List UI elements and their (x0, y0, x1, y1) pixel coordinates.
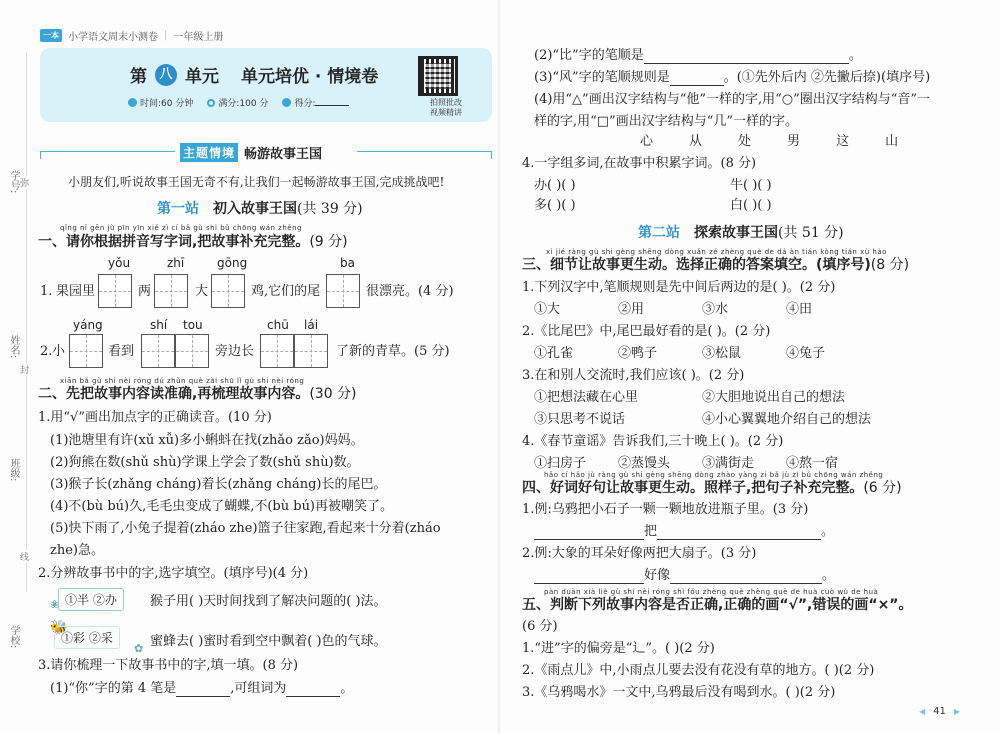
option[interactable]: ②蒸馒头 (618, 456, 702, 472)
option[interactable]: ③只思考不说话 (534, 412, 702, 428)
option[interactable]: ③满街走 (702, 456, 786, 472)
q5-item-3[interactable]: 3.《乌鸦喝水》一文中,乌鸦最后没有喝到水。( )(2 分) (522, 685, 835, 701)
char[interactable]: 山 (885, 134, 898, 149)
q2-sub3-item-2: (2)“比”字的笔顺是。 (534, 48, 862, 64)
option[interactable]: ①把想法藏在心里 (534, 390, 702, 406)
q3-item-3-options-a: ①把想法藏在心里②大胆地说出自己的想法 (534, 390, 845, 406)
station2-points: (共 51 分) (778, 225, 844, 241)
writing-box[interactable] (154, 274, 188, 308)
item2-text-a: (2)“比”字的笔顺是 (534, 48, 644, 63)
q3-item-4-options: ①扫房子②蒸馒头③满街走④熬一宿 (534, 456, 838, 472)
answer-blank[interactable] (286, 685, 340, 697)
q1-s1-num: 1. (40, 284, 52, 300)
flower-icon: ✿ (134, 642, 143, 655)
writing-box[interactable] (211, 274, 245, 308)
station2-heading: 第二站 探索故事王国(共 51 分) (638, 222, 844, 242)
q4-pinyin: hǎo cí hǎo jù ràng gù shi gèng shēng dòn… (544, 471, 883, 479)
writing-box[interactable] (98, 274, 132, 308)
theme-title: 畅游故事王国 (244, 143, 322, 162)
writing-box[interactable] (69, 334, 103, 368)
q2-sub2-sentence-2[interactable]: 蜜蜂去( )蜜时看到空中飘着( )色的气球。 (150, 634, 387, 650)
char-list: 心从处男这山 (640, 134, 898, 150)
q1-title: 一、请你根据拼音写字词,把故事补充完整。(9 分) (38, 234, 348, 250)
q4-points: (6 分) (863, 480, 901, 496)
option[interactable]: ②鸭子 (618, 346, 702, 362)
q2-sub3-item-4-line2: 样的字,用“□”画出汉字结构与“几”一样的字。 (534, 114, 798, 130)
grade-label: 一年级上册 (173, 28, 223, 43)
writing-box[interactable] (175, 334, 209, 368)
chevron-right-icon: ▶ (954, 707, 960, 716)
option[interactable]: ③松鼠 (702, 346, 786, 362)
q1-s1-text-0: 果园里 (56, 284, 95, 300)
student-id-label: 学号: (6, 170, 21, 193)
page-number-text: 41 (933, 706, 946, 717)
q1-s1-text-3: 鸡,它们的尾 (251, 284, 320, 300)
option[interactable]: ②用 (618, 302, 702, 318)
binding-line (26, 52, 27, 592)
char[interactable]: 这 (836, 134, 849, 149)
q2-sub3-item-4-line1: (4)用“△”画出汉字结构与“他”一样的字,用“○”圈出汉字结构与“音”一 (534, 92, 930, 108)
theme-line-left (40, 151, 175, 159)
exam-meta: 时间:60 分钟 满分:100 分 得分: (128, 96, 349, 109)
school-label: 学校: (6, 625, 21, 648)
option[interactable]: ①扫房子 (534, 456, 618, 472)
q2-sub1-item-4: (4)不(bù bú)久,毛毛虫变成了蝴蝶,不(bù bú)再被嘲笑了。 (50, 499, 393, 515)
q2-sub3-item-1: (1)“你”字的第 4 笔是,可组词为。 (50, 681, 353, 697)
station1-num: 第一站 (157, 198, 199, 218)
item3-text-b: 。(①先外后内 ②先撇后捺)(填序号) (724, 70, 930, 85)
word-row[interactable]: 多( )( ) (534, 198, 576, 214)
station1-heading: 第一站 初入故事王国(共 39 分) (157, 198, 363, 218)
pinyin-gong: gōng (217, 256, 247, 270)
answer-blank[interactable] (670, 572, 822, 584)
pinyin-ba: ba (340, 256, 355, 270)
q1-s2-text-0: 小 (52, 344, 65, 360)
station2-num: 第二站 (638, 222, 680, 242)
q1-s2-text-2: 旁边长 (215, 344, 254, 360)
q2-sub1-title: 1.用“√”画出加点字的正确读音。(10 分) (38, 410, 272, 426)
q2-sub1-item-5-cont: zhe)急。 (50, 543, 104, 559)
person-icon (207, 99, 215, 107)
target-icon (282, 98, 291, 107)
intro-text: 小朋友们,听说故事王国无奇不有,让我们一起畅游故事王国,完成挑战吧! (68, 174, 444, 190)
answer-mid: 把 (644, 524, 657, 539)
title-prefix: 第 (130, 62, 147, 87)
score-info: 得分: (282, 96, 349, 109)
q2-sub3-item-3: (3)“风”字的笔顺规则是。(①先外后内 ②先撇后捺)(填序号) (534, 70, 930, 86)
q1-pinyin: qǐng nǐ gēn jù pīn yīn xiě zì cí bǎ gù s… (60, 224, 302, 232)
q5-pinyin: pàn duàn xià liè gù shi nèi róng shì fǒu… (544, 588, 878, 596)
q1-s1-text-2: 大 (195, 284, 208, 300)
option[interactable]: ④兔子 (786, 346, 825, 361)
series-header: 一本 小学语文周末小测卷 | 一年级上册 (40, 28, 223, 43)
option[interactable]: ①大 (534, 302, 618, 318)
q1-points: (9 分) (309, 234, 347, 250)
clock-icon (128, 98, 137, 107)
qr-caption-line2: 视频精讲 (430, 108, 462, 118)
q2-sub4-title: 4.一字组多词,在故事中积累字词。(8 分) (522, 156, 756, 172)
pinyin-you: yǒu (108, 256, 130, 270)
q2-sub1-item-1: (1)池塘里有许(xǔ xǚ)多小蝌蚪在找(zhǎo zǎo)妈妈。 (50, 433, 364, 449)
q3-item-3-options-b: ③只思考不说话④小心翼翼地介绍自己的想法 (534, 412, 871, 428)
q5-points: (6 分) (522, 619, 558, 635)
name-label: 姓名: (6, 335, 21, 358)
page-number: ◀ 41 ▶ (919, 706, 960, 717)
item2-text-c: 。 (849, 48, 862, 63)
answer-blank[interactable] (670, 74, 724, 86)
q3-item-4: 4.《春节童谣》告诉我们,三十晚上( )。(2 分) (522, 434, 783, 450)
option[interactable]: ④熬一宿 (786, 456, 838, 471)
time-text: 时间:60 分钟 (140, 99, 193, 109)
q4-item-2-answer: 好像。 (534, 568, 835, 584)
q2-sub1-item-2: (2)狗熊在数(shǔ shù)学课上学会了数(shǔ shù)数。 (50, 455, 360, 471)
q1-s1-text-4: 很漂亮。(4 分) (366, 284, 454, 300)
q1-s2-text-3: 了新的青草。(5 分) (336, 344, 450, 360)
pinyin-tou: tou (183, 318, 203, 332)
q1-s2-text-1: 看到 (108, 344, 134, 360)
options-box: ①半 ②办 (58, 588, 124, 611)
q2-title-text: 二、先把故事内容读准确,再梳理故事内容。 (38, 386, 309, 402)
q4-title-text: 四、好词好句让故事更生动。照样子,把句子补充完整。 (522, 480, 863, 496)
class-label: 班级: (6, 458, 21, 481)
word-row[interactable]: 办( )( ) (534, 178, 576, 194)
char[interactable]: 心 (640, 134, 653, 149)
option[interactable]: ④小心翼翼地介绍自己的想法 (702, 412, 871, 427)
brand-logo: 一本 (40, 29, 62, 42)
answer-end: 。 (822, 568, 835, 583)
qr-caption: 拍照批改 视频精讲 (430, 98, 462, 118)
char[interactable]: 处 (738, 134, 751, 149)
seal-mark-feng: 封 (20, 363, 29, 376)
pinyin-yang: yáng (73, 318, 103, 332)
pinyin-zhi: zhī (167, 256, 184, 270)
answer-blank[interactable] (534, 572, 644, 584)
q2-points: (30 分) (309, 386, 356, 402)
answer-blank[interactable] (534, 528, 644, 540)
word-row[interactable]: 牛( )( ) (730, 178, 772, 194)
q4-title: 四、好词好句让故事更生动。照样子,把句子补充完整。(6 分) (522, 480, 902, 496)
q3-pinyin: xì jié ràng gù shi gèng shēng dòng xuǎn … (546, 248, 887, 256)
writing-box[interactable] (294, 334, 328, 368)
q4-item-1: 1.例:乌鸦把小石子一颗一颗地放进瓶子里。(3 分) (522, 502, 808, 518)
item1-text-c: 。 (340, 681, 353, 696)
seal-mark-mi: 弥 (20, 176, 29, 189)
theme-line-right (357, 151, 492, 159)
writing-box[interactable] (141, 334, 175, 368)
pinyin-chu: chū (267, 318, 289, 332)
seal-mark-xian: 线 (20, 550, 29, 563)
score-label: 得分: (294, 99, 315, 109)
q3-item-1-options: ①大②用③水④田 (534, 302, 812, 318)
answer-blank[interactable] (176, 685, 230, 697)
char[interactable]: 男 (787, 134, 800, 149)
q3-title: 三、细节让故事更生动。选择正确的答案填空。(填序号)(8 分) (522, 257, 909, 273)
item1-text-a: (1)“你”字的第 4 笔是 (50, 681, 176, 696)
right-page: (2)“比”字的笔顺是。 (3)“风”字的笔顺规则是。(①先外后内 ②先撇后捺)… (500, 0, 1000, 734)
q1-s1-text-1: 两 (138, 284, 151, 300)
q1-s2-num: 2. (40, 344, 52, 360)
options-box: ①彩 ②采 (54, 626, 120, 649)
title-main: 单元培优 · 情境卷 (241, 62, 378, 87)
q1-title-text: 一、请你根据拼音写字词,把故事补充完整。 (38, 234, 309, 250)
left-page: 一本 小学语文周末小测卷 | 一年级上册 学号: 姓名: 班级: 学校: 弥 封… (0, 0, 500, 734)
qr-code (418, 56, 458, 96)
q5-item-1[interactable]: 1.“进”字的偏旁是“辶”。( )(2 分) (522, 641, 715, 657)
option[interactable]: ①孔雀 (534, 346, 618, 362)
divider: | (164, 30, 167, 41)
q2-sub2-sentence-1[interactable]: 猴子用( )天时间找到了解决问题的( )法。 (150, 594, 387, 610)
option[interactable]: ④田 (786, 302, 812, 317)
station2-title: 探索故事王国 (694, 225, 778, 241)
pinyin-shi: shí (150, 318, 167, 332)
station1-points: (共 39 分) (297, 201, 363, 217)
q3-points: (8 分) (871, 257, 909, 273)
q2-sub1-item-3: (3)猴子长(zhǎng cháng)着长(zhǎng cháng)长的尾巴。 (50, 477, 387, 493)
station1-title: 初入故事王国 (213, 201, 297, 217)
theme-header: 主题情境 畅游故事王国 (40, 143, 492, 163)
series-title: 小学语文周末小测卷 (68, 28, 158, 43)
answer-blank[interactable] (644, 52, 849, 64)
q2-sub2-title: 2.分辨故事书中的字,选字填空。(填序号)(4 分) (38, 566, 308, 582)
theme-chip: 主题情境 (180, 143, 238, 162)
q4-item-1-answer: 把。 (534, 524, 834, 540)
q5-item-2[interactable]: 2.《雨点儿》中,小雨点儿要去没有花没有草的地方。( )(2 分) (522, 663, 874, 679)
unit-banner: 第 八 单元 单元培优 · 情境卷 时间:60 分钟 满分:100 分 得分: … (40, 48, 492, 122)
q4-item-2: 2.例:大象的耳朵好像两把大扇子。(3 分) (522, 546, 756, 562)
item1-text-b: ,可组词为 (230, 681, 286, 696)
pinyin-lai: lái (304, 318, 318, 332)
title-suffix: 单元 (185, 62, 219, 87)
option[interactable]: ②大胆地说出自己的想法 (702, 390, 845, 405)
answer-end: 。 (821, 524, 834, 539)
char[interactable]: 从 (689, 134, 702, 149)
word-row[interactable]: 白( )( ) (730, 198, 772, 214)
q3-item-3: 3.在和别人交流时,我们应该( )。(2 分) (522, 368, 744, 384)
chevron-left-icon: ◀ (919, 707, 925, 716)
item3-text-a: (3)“风”字的笔顺规则是 (534, 70, 670, 85)
score-field[interactable] (315, 97, 349, 106)
time-info: 时间:60 分钟 (128, 96, 193, 109)
q2-title: 二、先把故事内容读准确,再梳理故事内容。(30 分) (38, 386, 357, 402)
q2-pinyin: xiān bǎ gù shi nèi róng dú zhǔn què zài … (60, 377, 304, 385)
unit-title: 第 八 单元 单元培优 · 情境卷 (130, 62, 378, 87)
q5-title: 五、判断下列故事内容是否正确,正确的画“√”,错误的画“×”。 (522, 597, 913, 613)
writing-box[interactable] (326, 274, 360, 308)
writing-box[interactable] (260, 334, 294, 368)
q3-title-text: 三、细节让故事更生动。选择正确的答案填空。(填序号) (522, 257, 871, 273)
answer-mid: 好像 (644, 568, 670, 583)
q2-sub1-item-5: (5)快下雨了,小兔子提着(zháo zhe)篮子往家跑,看起来十分着(zháo (50, 521, 441, 537)
q2-sub3-title: 3.请你梳理一下故事书中的字,填一填。(8 分) (38, 658, 298, 674)
theme-label: 主题情境 畅游故事王国 (180, 143, 322, 162)
option[interactable]: ③水 (702, 302, 786, 318)
full-score-info: 满分:100 分 (207, 96, 268, 109)
full-score-text: 满分:100 分 (218, 99, 268, 109)
q3-item-2-options: ①孔雀②鸭子③松鼠④兔子 (534, 346, 825, 362)
answer-blank[interactable] (657, 528, 821, 540)
q3-item-1: 1.下列汉字中,笔顺规则是先中间后两边的是( )。(2 分) (522, 280, 835, 296)
q3-item-2: 2.《比尾巴》中,尾巴最好看的是( )。(2 分) (522, 324, 770, 340)
unit-number-badge: 八 (155, 64, 177, 86)
qr-caption-line1: 拍照批改 (430, 98, 462, 108)
